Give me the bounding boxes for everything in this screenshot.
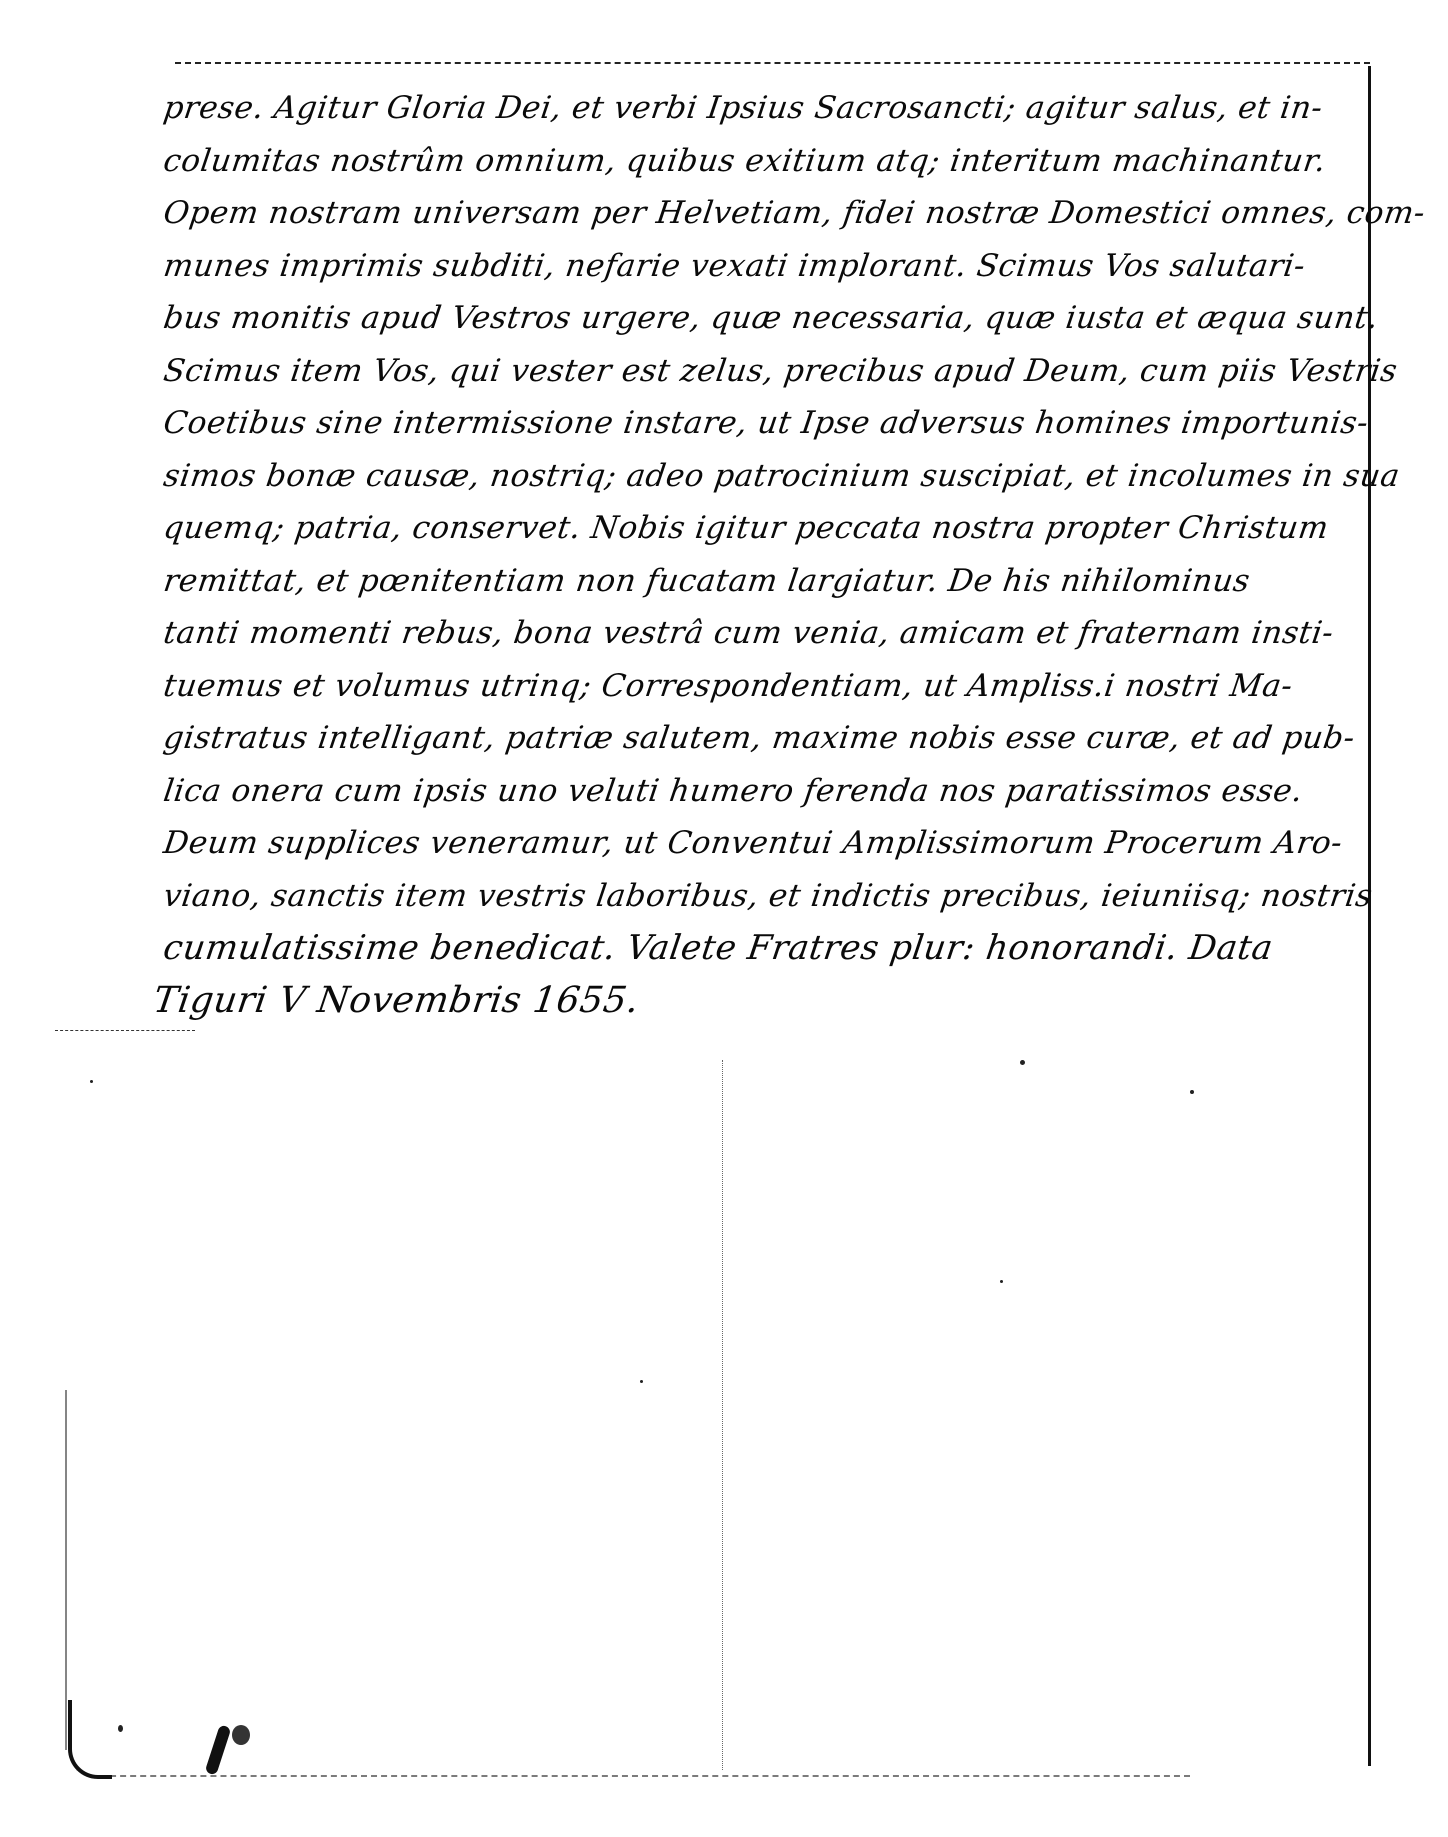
fold-mark	[55, 1030, 195, 1031]
page-bottom-edge	[90, 1775, 1190, 1777]
page-top-edge	[175, 62, 1370, 64]
page-corner-ink	[68, 1700, 112, 1779]
text-line: gistratus intelligant, patriæ salutem, m…	[160, 712, 1377, 765]
closing-line: cumulatissime benedicat. Valete Fratres …	[160, 922, 1377, 975]
speck	[1020, 1060, 1025, 1065]
text-line: simos bonæ causæ, nostriq; adeo patrocin…	[160, 450, 1377, 503]
text-line: Deum supplices veneramur, ut Conventui A…	[160, 817, 1377, 870]
speck	[640, 1380, 643, 1383]
speck	[90, 1080, 93, 1083]
text-line: tuemus et volumus utrinq; Correspondenti…	[160, 660, 1377, 713]
text-line: Scimus item Vos, qui vester est zelus, p…	[160, 345, 1377, 398]
letter-body: prese. Agitur Gloria Dei, et verbi Ipsiu…	[160, 82, 1370, 1027]
page-left-edge	[65, 1390, 67, 1750]
speck	[1190, 1090, 1194, 1094]
text-line: munes imprimis subditi, nefarie vexati i…	[160, 240, 1377, 293]
text-line: tanti momenti rebus, bona vestrâ cum ven…	[160, 607, 1377, 660]
date-line: Tiguri V Novembris 1655.	[150, 975, 1377, 1028]
manuscript-page: prese. Agitur Gloria Dei, et verbi Ipsiu…	[0, 0, 1448, 1837]
ink-blot	[232, 1725, 250, 1745]
text-line: columitas nostrûm omnium, quibus exitium…	[160, 135, 1377, 188]
text-line: bus monitis apud Vestros urgere, quæ nec…	[160, 292, 1377, 345]
text-line: Coetibus sine intermissione instare, ut …	[160, 397, 1377, 450]
text-line: quemq; patria, conservet. Nobis igitur p…	[160, 502, 1377, 555]
text-line: viano, sanctis item vestris laboribus, e…	[160, 870, 1377, 923]
center-fold-line	[722, 1060, 723, 1770]
text-line: remittat, et pœnitentiam non fucatam lar…	[160, 555, 1377, 608]
text-line: prese. Agitur Gloria Dei, et verbi Ipsiu…	[160, 82, 1377, 135]
speck	[1000, 1280, 1003, 1283]
text-line: Opem nostram universam per Helvetiam, fi…	[160, 187, 1377, 240]
text-line: lica onera cum ipsis uno veluti humero f…	[160, 765, 1377, 818]
ink-blot	[205, 1724, 232, 1775]
speck	[118, 1725, 123, 1732]
